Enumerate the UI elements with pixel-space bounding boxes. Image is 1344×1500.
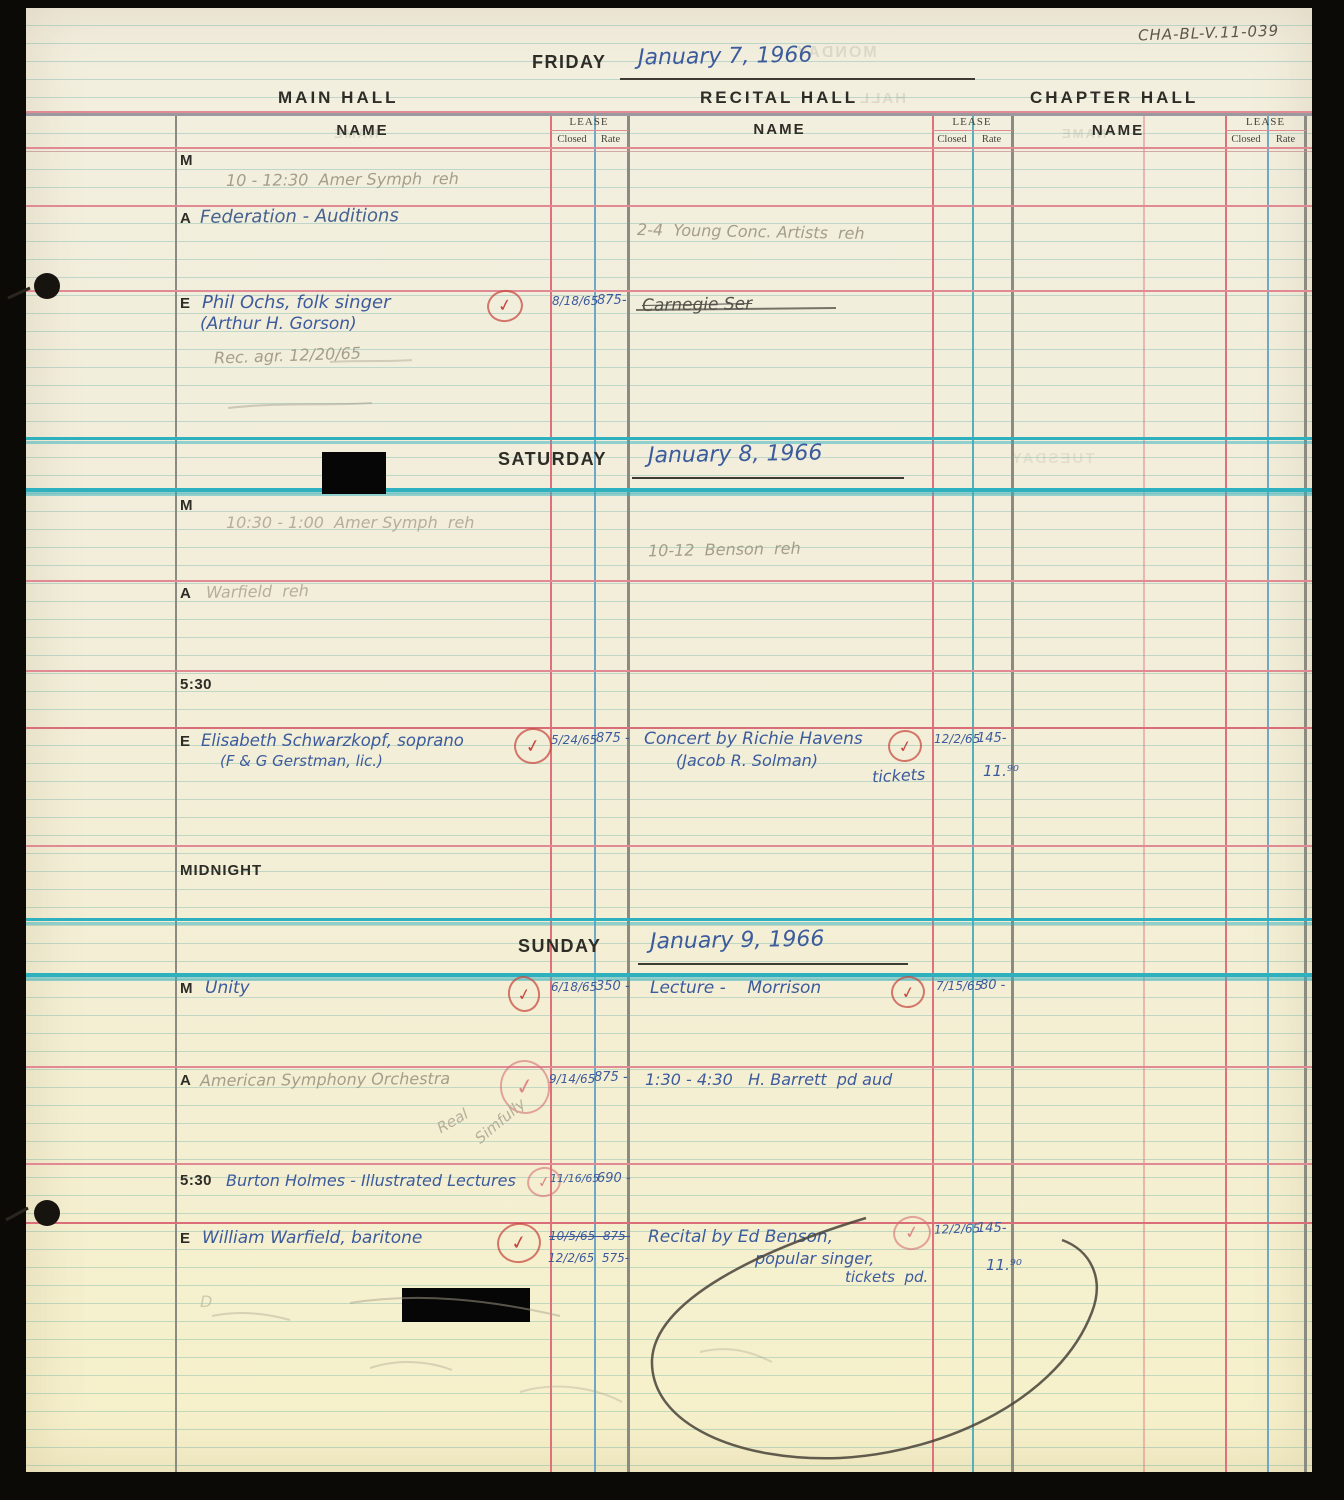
sunday-a-main-entry: American Symphony Orchestra <box>200 1069 450 1090</box>
ghost-text-name: NAME <box>1060 126 1106 141</box>
friday-e-main-entry-line2: (Arthur H. Gorson) <box>200 314 357 334</box>
saturday-row-530-label: 5:30 <box>180 676 212 693</box>
rate-subheader-recital: Rate <box>972 134 1011 145</box>
lease-header-main: LEASE <box>550 116 628 128</box>
row-line <box>26 1222 1312 1224</box>
sunday-row-e-label: E <box>180 1230 192 1247</box>
saturday-row-a-label: A <box>180 585 193 602</box>
column-line <box>972 113 974 1472</box>
friday-a-recital-entry: 2-4 Young Conc. Artists reh <box>637 220 865 243</box>
saturday-row-midnight-label: MIDNIGHT <box>180 862 262 879</box>
sunday-m-recital-lease-rate: 80 - <box>980 978 1005 993</box>
column-line <box>1225 113 1227 1472</box>
sunday-e-lease-closed-struck: 10/5/65 875- <box>549 1229 630 1243</box>
sunday-e-main-entry: William Warfield, baritone <box>202 1228 422 1248</box>
row-line <box>26 1066 1312 1068</box>
sunday-e-recital-ticket-price: 11.⁹⁰ <box>986 1256 1022 1274</box>
saturday-e-lease-closed: 5/24/65 <box>551 733 597 747</box>
row-line <box>26 1163 1312 1165</box>
saturday-a-main-entry: Warfield reh <box>206 581 309 602</box>
ledger-scan: CHA-BL-V.11-039 FRIDAY January 7, 1966 M… <box>0 0 1344 1500</box>
saturday-m-main-entry: 10:30 - 1:00 Amer Symph reh <box>226 513 474 532</box>
row-line <box>26 845 1312 847</box>
sunday-m-lease-closed: 6/18/65 <box>551 980 597 994</box>
sunday-label: SUNDAY <box>518 936 601 957</box>
sunday-e-recital-entry-line1: Recital by Ed Benson, <box>648 1227 833 1247</box>
row-line <box>26 151 1312 152</box>
row-line <box>26 147 1312 149</box>
main-hall-title: MAIN HALL <box>278 88 398 108</box>
sunday-e-recital-tickets-note: tickets pd. <box>845 1268 928 1286</box>
sunday-530-lease-closed: 11/16/65 <box>550 1172 599 1185</box>
column-line <box>550 113 552 1472</box>
sunday-530-lease-rate: 690 - <box>597 1171 631 1186</box>
name-column-header-recital: NAME <box>627 121 932 138</box>
friday-row-a-label: A <box>180 210 193 227</box>
rate-subheader-main: Rate <box>594 134 627 145</box>
sunday-m-recital-entry: Lecture - Morrison <box>650 978 821 998</box>
saturday-e-recital-entry-line2: (Jacob R. Solman) <box>676 751 818 770</box>
ghost-text-monday: MONDAY <box>795 44 877 62</box>
ghost-text-name: NAME <box>332 126 378 141</box>
saturday-e-tickets-note: tickets <box>872 765 926 787</box>
header-top-line <box>26 113 1312 116</box>
pen-scratch <box>6 1208 28 1220</box>
redaction-box <box>322 452 386 494</box>
saturday-m-recital-entry: 10-12 Benson reh <box>648 539 801 561</box>
saturday-e-recital-entry-line1: Concert by Richie Havens <box>644 729 863 749</box>
closed-subheader-main: Closed <box>550 134 594 145</box>
column-line <box>175 113 177 1472</box>
sunday-row-530-label: 5:30 <box>180 1172 212 1189</box>
friday-label: FRIDAY <box>532 52 606 73</box>
saturday-e-main-entry-line2: (F & G Gerstman, lic.) <box>220 752 383 770</box>
friday-e-recital-entry-struck: Carnegie Ser <box>642 294 752 316</box>
friday-date-handwritten: January 7, 1966 <box>638 42 813 70</box>
sunday-e-recital-lease-closed: 12/2/65 <box>934 1221 981 1237</box>
saturday-date-handwritten: January 8, 1966 <box>648 440 823 468</box>
column-line <box>594 113 596 1472</box>
lease-divider <box>932 130 1012 131</box>
ghost-text-hall: HALL <box>858 90 906 107</box>
faint-pencil-mark: D <box>200 1292 212 1311</box>
sunday-date-handwritten: January 9, 1966 <box>650 926 825 954</box>
column-line <box>627 113 630 1472</box>
sunday-a-lease-rate: 875 - <box>594 1070 628 1085</box>
section-line <box>26 437 1312 440</box>
saturday-label: SATURDAY <box>498 449 607 470</box>
saturday-e-lease-rate: 875 - <box>596 731 630 746</box>
sunday-row-m-label: M <box>180 980 195 997</box>
saturday-e-main-entry-line1: Elisabeth Schwarzkopf, soprano <box>201 731 464 750</box>
sunday-530-main-entry: Burton Holmes - Illustrated Lectures <box>226 1171 516 1190</box>
friday-e-lease-rate: 875- <box>597 293 627 308</box>
sunday-e-lease-closed-revised: 12/2/65 575- <box>548 1251 629 1265</box>
column-line <box>1267 113 1269 1472</box>
chapter-hall-title: CHAPTER HALL <box>1030 88 1198 108</box>
lease-header-recital: LEASE <box>932 116 1012 128</box>
row-line <box>26 670 1312 672</box>
rate-subheader-chapter: Rate <box>1267 134 1304 145</box>
section-line <box>26 918 1312 921</box>
saturday-row-m-label: M <box>180 497 195 514</box>
column-line <box>932 113 934 1472</box>
ghost-text-tuesday: TUESDAY <box>1010 450 1094 467</box>
saturday-e-ticket-price: 11.⁹⁰ <box>983 762 1019 780</box>
redaction-box <box>402 1288 530 1322</box>
sunday-m-main-entry: Unity <box>205 978 250 998</box>
row-line <box>26 580 1312 582</box>
name-column-header-chapter: NAME <box>1011 122 1225 139</box>
saturday-row-e-label: E <box>180 733 192 750</box>
closed-subheader-recital: Closed <box>932 134 972 145</box>
date-underline <box>632 477 904 479</box>
lease-header-chapter: LEASE <box>1225 116 1306 128</box>
column-line <box>1143 113 1145 1472</box>
sunday-row-a-label: A <box>180 1072 193 1089</box>
sunday-a-recital-entry: 1:30 - 4:30 H. Barrett pd aud <box>645 1070 892 1089</box>
section-line <box>26 488 1312 492</box>
lease-divider <box>550 130 628 131</box>
date-underline <box>620 78 975 80</box>
lease-divider <box>1225 130 1306 131</box>
friday-e-main-entry-line1: Phil Ochs, folk singer <box>202 292 390 313</box>
section-line <box>26 973 1312 977</box>
friday-e-lease-closed: 8/18/65 <box>552 294 598 308</box>
recital-hall-title: RECITAL HALL <box>700 88 858 108</box>
sunday-m-recital-lease-closed: 7/15/65 <box>936 979 982 993</box>
friday-row-m-label: M <box>180 152 195 169</box>
saturday-e-recital-lease-rate: 145- <box>977 731 1007 746</box>
friday-a-main-entry: Federation - Auditions <box>200 205 399 228</box>
sunday-e-recital-entry-line2: popular singer, <box>755 1249 874 1268</box>
closed-subheader-chapter: Closed <box>1225 134 1267 145</box>
friday-m-main-entry: 10 - 12:30 Amer Symph reh <box>226 169 459 190</box>
date-underline <box>638 963 908 965</box>
saturday-e-recital-lease-closed: 12/2/65 <box>934 732 980 746</box>
friday-row-e-label: E <box>180 295 192 312</box>
sunday-e-recital-lease-rate: 145- <box>977 1221 1007 1236</box>
sunday-a-lease-closed: 9/14/65 <box>549 1072 595 1086</box>
sunday-m-lease-rate: 350 - <box>596 979 630 994</box>
column-line <box>1304 113 1307 1472</box>
